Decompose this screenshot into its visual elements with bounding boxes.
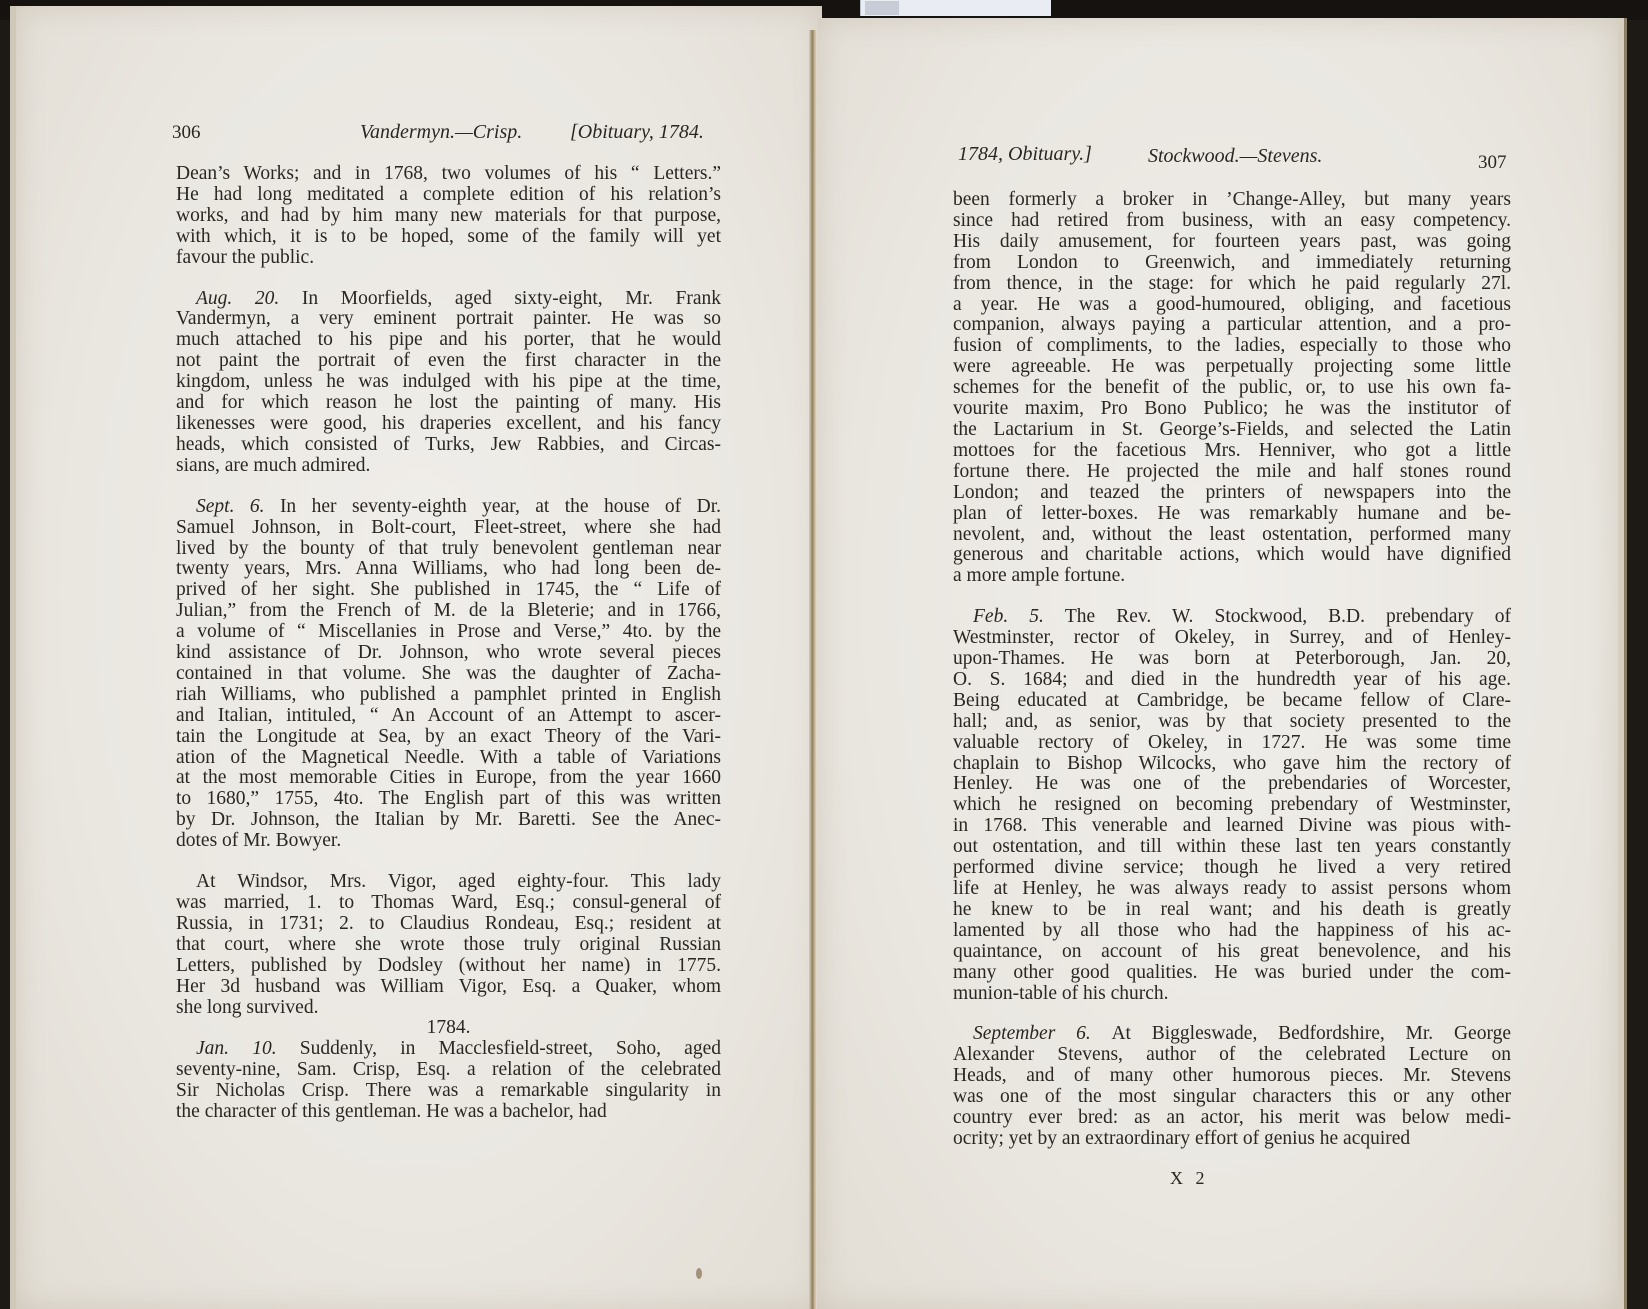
text-line: ocrity; yet by an extraordinary effort o… xyxy=(953,1129,1511,1150)
text-line: September 6. At Biggleswade, Bedfordshir… xyxy=(953,1024,1511,1045)
book-gutter xyxy=(809,30,817,1309)
text-line: Feb. 5. The Rev. W. Stockwood, B.D. preb… xyxy=(953,607,1511,628)
text-line: plan of letter-boxes. He was remarkably … xyxy=(953,504,1511,525)
text-line: London; and teazed the printers of newsp… xyxy=(953,483,1511,504)
text-line: he knew to be in real want; and his deat… xyxy=(953,900,1511,921)
text-line: O. S. 1684; and died in the hundredth ye… xyxy=(953,670,1511,691)
text-line: kingdom, unless he was indulged with his… xyxy=(176,372,721,393)
text-line: performed divine service; though he live… xyxy=(953,858,1511,879)
text-line: tain the Longitude at Sea, by an exact T… xyxy=(176,727,721,748)
text-line: to 1680,” 1755, 4to. The English part of… xyxy=(176,789,721,810)
text-line: kind assistance of Dr. Johnson, who wrot… xyxy=(176,643,721,664)
text-line: and for which reason he lost the paintin… xyxy=(176,393,721,414)
paragraph-gap xyxy=(176,477,721,497)
text-line: Vandermyn, a very eminent portrait paint… xyxy=(176,309,721,330)
text-line: dotes of Mr. Bowyer. xyxy=(176,831,721,852)
left-section-label: [Obituary, 1784. xyxy=(570,121,704,144)
text-line: out ostentation, and till within these l… xyxy=(953,837,1511,858)
text-line: sians, are much admired. xyxy=(176,456,721,477)
text-line: ation of the Magnetical Needle. With a t… xyxy=(176,748,721,769)
text-line: Dean’s Works; and in 1768, two volumes o… xyxy=(176,164,721,185)
text-line: was one of the most singular characters … xyxy=(953,1087,1511,1108)
left-running-title: Vandermyn.—Crisp. xyxy=(360,121,522,144)
text-line: At Windsor, Mrs. Vigor, aged eighty-four… xyxy=(176,872,721,893)
text-line: by Dr. Johnson, the Italian by Mr. Baret… xyxy=(176,810,721,831)
text-line: companion, always paying a particular at… xyxy=(953,315,1511,336)
paper-slip-bookmark xyxy=(860,0,1051,16)
text-line: a more ample fortune. xyxy=(953,566,1511,587)
text-line: the character of this gentleman. He was … xyxy=(176,1102,721,1123)
text-line: Heads, and of many other humorous pieces… xyxy=(953,1066,1511,1087)
text-line: riah Williams, who published a pamphlet … xyxy=(176,685,721,706)
text-line: schemes for the benefit of the public, o… xyxy=(953,378,1511,399)
entry-date: Jan. 10. xyxy=(196,1038,300,1059)
text-line: hall; and, as senior, was by that societ… xyxy=(953,712,1511,733)
text-line: seventy-nine, Sam. Crisp, Esq. a relatio… xyxy=(176,1060,721,1081)
text-line: contained in that volume. She was the da… xyxy=(176,664,721,685)
text-line: Sir Nicholas Crisp. There was a remarkab… xyxy=(176,1081,721,1102)
text-line: Aug. 20. In Moorfields, aged sixty-eight… xyxy=(176,289,721,310)
text-line: with which, it is to be hoped, some of t… xyxy=(176,227,721,248)
text-line: mottoes for the facetious Mrs. Henniver,… xyxy=(953,441,1511,462)
left-page-body: Dean’s Works; and in 1768, two volumes o… xyxy=(176,164,721,1123)
text-line: the Lactarium in St. George’s-Fields, an… xyxy=(953,420,1511,441)
text-line: lamented by all those who had the happin… xyxy=(953,921,1511,942)
paragraph-gap xyxy=(953,1004,1511,1024)
obituary-paragraph: Feb. 5. The Rev. W. Stockwood, B.D. preb… xyxy=(953,607,1511,1004)
text-line: valuable rectory of Okeley, in 1727. He … xyxy=(953,733,1511,754)
obituary-paragraph: At Windsor, Mrs. Vigor, aged eighty-four… xyxy=(176,872,721,1018)
text-line: fusion of compliments, to the ladies, es… xyxy=(953,336,1511,357)
text-line: Alexander Stevens, author of the celebra… xyxy=(953,1045,1511,1066)
text-line: munion-table of his church. xyxy=(953,984,1511,1005)
text-line: and Italian, intituled, “ An Account of … xyxy=(176,706,721,727)
text-line: from London to Greenwich, and immediatel… xyxy=(953,253,1511,274)
text-line: at the most memorable Cities in Europe, … xyxy=(176,768,721,789)
entry-date: Feb. 5. xyxy=(973,606,1065,627)
text-line: since had retired from business, with an… xyxy=(953,211,1511,232)
obituary-paragraph: Dean’s Works; and in 1768, two volumes o… xyxy=(176,164,721,269)
text-line: upon-Thames. He was born at Peterborough… xyxy=(953,649,1511,670)
entry-date: Sept. 6. xyxy=(196,496,280,517)
left-section-label-text: [Obituary, 1784. xyxy=(570,121,704,143)
obituary-paragraph: September 6. At Biggleswade, Bedfordshir… xyxy=(953,1024,1511,1149)
open-book-scan: 306 Vandermyn.—Crisp. [Obituary, 1784. D… xyxy=(0,0,1648,1309)
paragraph-gap xyxy=(176,269,721,289)
text-line: been formerly a broker in ’Change-Alley,… xyxy=(953,190,1511,211)
text-line: not paint the portrait of even the first… xyxy=(176,351,721,372)
text-line: Henley. He was one of the prebendaries o… xyxy=(953,774,1511,795)
text-line: vourite maxim, Pro Bono Publico; he was … xyxy=(953,399,1511,420)
text-line: His daily amusement, for fourteen years … xyxy=(953,232,1511,253)
text-line: twenty years, Mrs. Anna Williams, who ha… xyxy=(176,559,721,580)
year-heading: 1784. xyxy=(176,1018,721,1039)
text-line: many other good qualities. He was buried… xyxy=(953,963,1511,984)
text-line: chaplain to Bishop Wilcocks, who gave hi… xyxy=(953,754,1511,775)
text-line: a year. He was a good-humoured, obliging… xyxy=(953,295,1511,316)
paragraph-gap xyxy=(953,587,1511,607)
text-line: which he resigned on becoming prebendary… xyxy=(953,795,1511,816)
text-line: a volume of “ Miscellanies in Prose and … xyxy=(176,622,721,643)
text-line: Samuel Johnson, in Bolt-court, Fleet-str… xyxy=(176,518,721,539)
text-line: Russia, in 1731; 2. to Claudius Rondeau,… xyxy=(176,914,721,935)
text-line: works, and had by him many new materials… xyxy=(176,206,721,227)
obituary-paragraph: been formerly a broker in ’Change-Alley,… xyxy=(953,190,1511,587)
paper-stain xyxy=(696,1268,702,1279)
text-line: Letters, published by Dodsley (without h… xyxy=(176,956,721,977)
left-page: 306 Vandermyn.—Crisp. [Obituary, 1784. D… xyxy=(10,6,822,1309)
entry-date: Aug. 20. xyxy=(196,288,302,309)
text-line: Jan. 10. Suddenly, in Macclesfield-stree… xyxy=(176,1039,721,1060)
text-line: lived by the bounty of that truly benevo… xyxy=(176,539,721,560)
text-line: Being educated at Cambridge, be became f… xyxy=(953,691,1511,712)
text-line: life at Henley, he was always ready to a… xyxy=(953,879,1511,900)
text-line: fortune there. He projected the mile and… xyxy=(953,462,1511,483)
text-line: she long survived. xyxy=(176,998,721,1019)
text-line: Westminster, rector of Okeley, in Surrey… xyxy=(953,628,1511,649)
right-section-label-text: 1784, Obituary.] xyxy=(958,143,1092,165)
text-line: Julian,” from the French of M. de la Ble… xyxy=(176,601,721,622)
right-page-number: 307 xyxy=(1478,152,1507,174)
paragraph-gap xyxy=(176,852,721,872)
text-line: generous and charitable actions, which w… xyxy=(953,545,1511,566)
text-line: He had long meditated a complete edition… xyxy=(176,185,721,206)
right-running-title: Stockwood.—Stevens. xyxy=(1148,145,1322,168)
left-page-number: 306 xyxy=(172,122,201,144)
text-line: quaintance, on account of his great bene… xyxy=(953,942,1511,963)
text-line: from thence, in the stage: for which he … xyxy=(953,274,1511,295)
right-page: 1784, Obituary.] Stockwood.—Stevens. 307… xyxy=(818,18,1627,1309)
text-line: Her 3d husband was William Vigor, Esq. a… xyxy=(176,977,721,998)
text-line: nevolent, and, without the least ostenta… xyxy=(953,525,1511,546)
slip-marking xyxy=(865,1,899,15)
text-line: prived of her sight. She published in 17… xyxy=(176,580,721,601)
obituary-paragraph: Aug. 20. In Moorfields, aged sixty-eight… xyxy=(176,289,721,477)
text-line: in 1768. This venerable and learned Divi… xyxy=(953,816,1511,837)
text-line: favour the public. xyxy=(176,248,721,269)
right-section-label: 1784, Obituary.] xyxy=(958,143,1092,166)
text-line: much attached to his pipe and his porter… xyxy=(176,330,721,351)
text-line: heads, which consisted of Turks, Jew Rab… xyxy=(176,435,721,456)
entry-date: September 6. xyxy=(973,1023,1111,1044)
text-line: country ever bred: as an actor, his meri… xyxy=(953,1108,1511,1129)
right-page-body: been formerly a broker in ’Change-Alley,… xyxy=(953,190,1511,1150)
text-line: that court, where she wrote those truly … xyxy=(176,935,721,956)
text-line: were agreeable. He was perpetually proje… xyxy=(953,357,1511,378)
signature-mark: X 2 xyxy=(1170,1168,1209,1189)
text-line: was married, 1. to Thomas Ward, Esq.; co… xyxy=(176,893,721,914)
text-line: Sept. 6. In her seventy-eighth year, at … xyxy=(176,497,721,518)
obituary-paragraph: Jan. 10. Suddenly, in Macclesfield-stree… xyxy=(176,1039,721,1123)
text-line: likenesses were good, his draperies exce… xyxy=(176,414,721,435)
obituary-paragraph: Sept. 6. In her seventy-eighth year, at … xyxy=(176,497,721,852)
